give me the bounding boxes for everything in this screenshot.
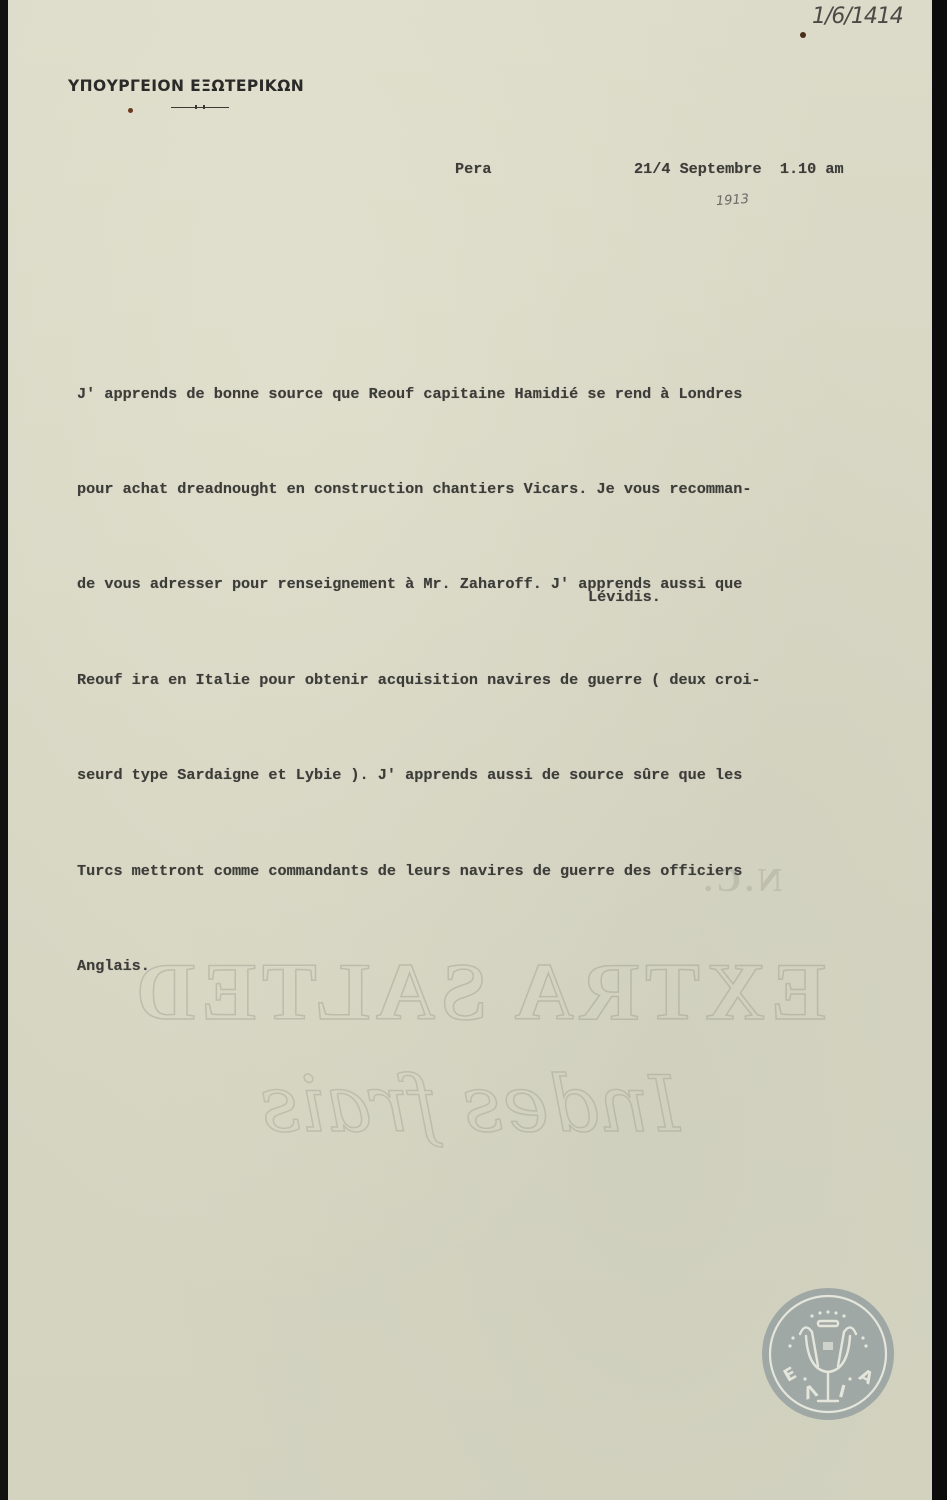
letterhead-ornament-rule (171, 107, 229, 108)
body-line: seurd type Sardaigne et Lybie ). J' appr… (77, 760, 761, 792)
body-line: pour achat dreadnought en construction c… (77, 474, 761, 506)
archive-number-handwritten: 1/6/1414 (812, 4, 903, 29)
letterhead-ministry: ΥΠΟΥΡΓΕΙΟΝ ΕΞΩΤΕΡΙΚΩΝ (68, 77, 304, 95)
body-line: Reouf ira en Italie pour obtenir acquisi… (77, 665, 761, 697)
date-time: 21/4 Septembre 1.10 am (634, 160, 844, 178)
ink-dot-mark (128, 108, 133, 113)
body-line: J' apprends de bonne source que Reouf ca… (77, 379, 761, 411)
telegram-body: J' apprends de bonne source que Reouf ca… (77, 315, 761, 1015)
archive-seal-icon: Ε Λ Ι Α (760, 1286, 896, 1422)
year-annotation-handwritten: 1913 (716, 192, 750, 209)
ink-dot-mark (800, 32, 806, 38)
body-line: Turcs mettront comme commandants de leur… (77, 856, 761, 888)
scan-border-left (0, 0, 8, 1500)
body-line: Anglais. (77, 951, 761, 983)
scan-border-right (932, 0, 947, 1500)
place-of-origin: Pera (455, 160, 491, 178)
signature: Lévidis. (588, 588, 661, 606)
